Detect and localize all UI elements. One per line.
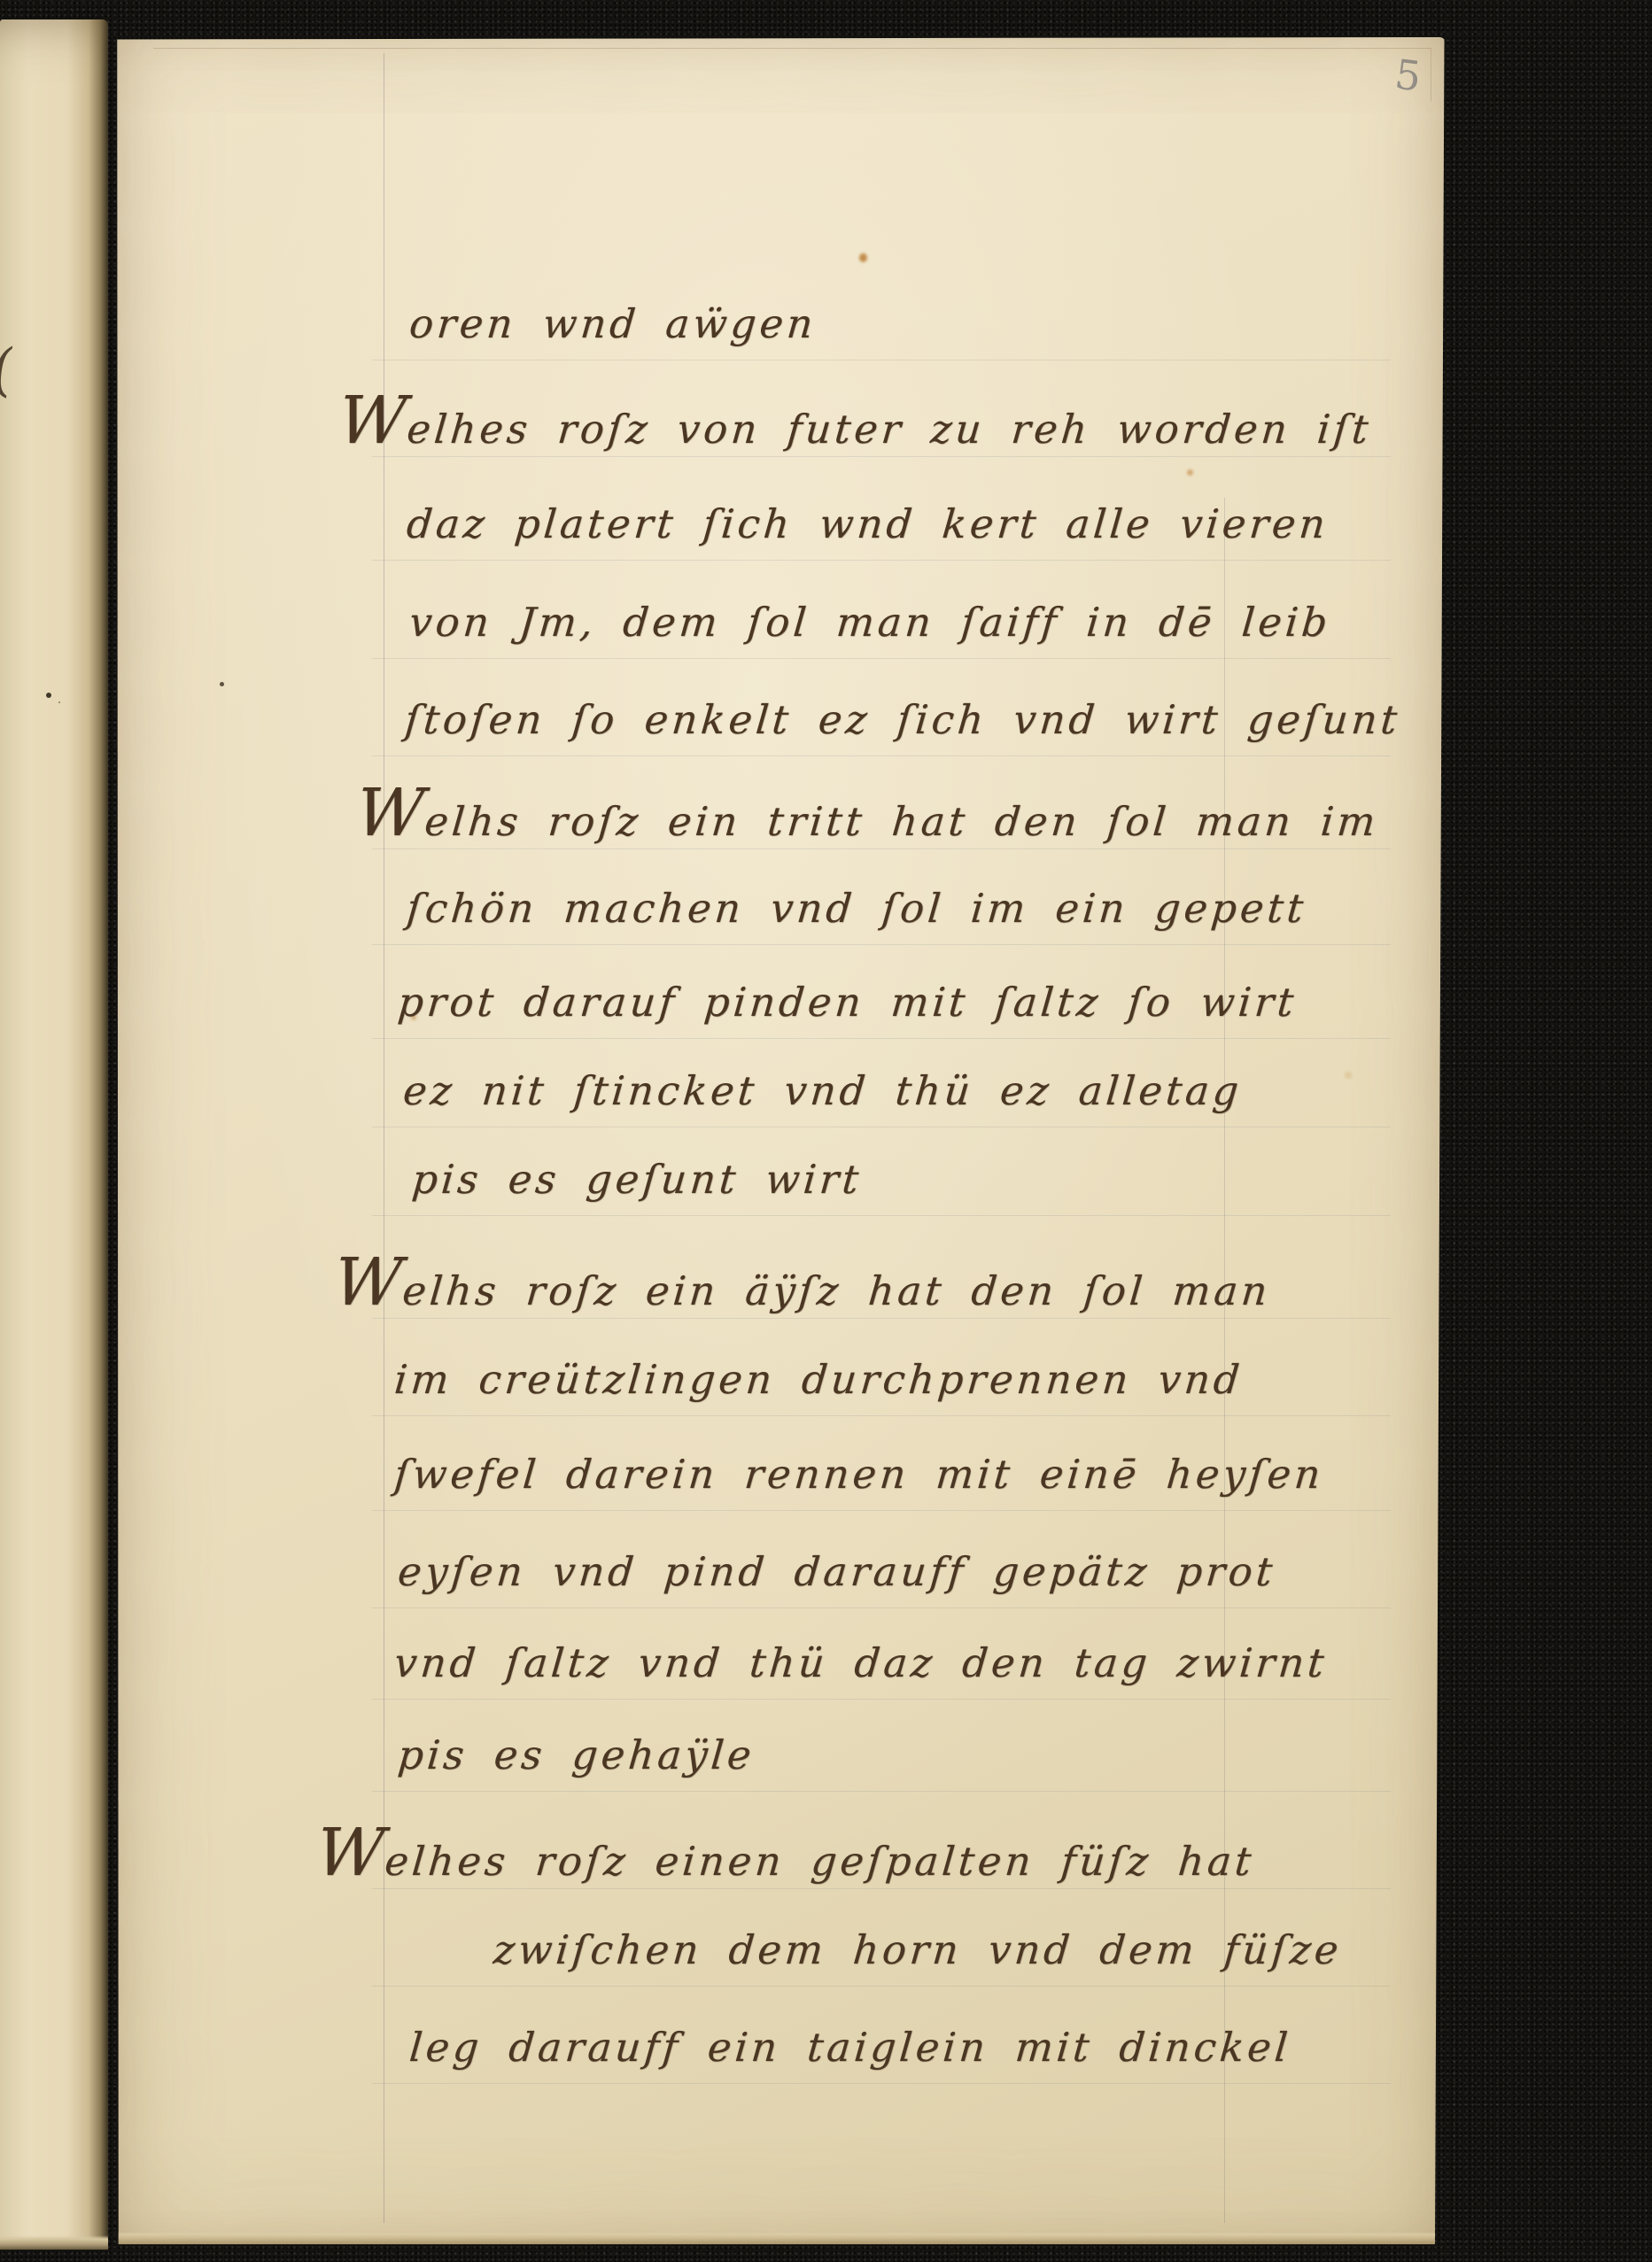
facing-page-bottom-edge [0,2235,108,2250]
manuscript-line: Welhes roſz einen geſpalten füſz hat [384,1812,1338,1897]
manuscript-line: zwiſchen dem horn vnd dem füſze [384,1910,1338,1995]
manuscript-line: eyſen vnd pind darauff gepätz prot [384,1531,1338,1616]
manuscript-line: ez nit ſtincket vnd thü ez alletag [384,1050,1338,1135]
manuscript-line: von Jm, dem ſol man ſaiff in dē leib [384,582,1338,667]
facing-page-edge: ( [0,19,108,2250]
page-top-edge-highlight [153,48,1431,102]
manuscript-page: 5 oren wnd aẅgen Welhes roſz von futer z… [115,37,1446,2244]
manuscript-photo: { "page_number": "5", "facing_page_mark"… [0,0,1652,2262]
manuscript-line: vnd ſaltz vnd thü daz den tag zwirnt [384,1623,1338,1708]
manuscript-line: ſwefel darein rennen mit einē heyſen [384,1434,1338,1519]
manuscript-line: Welhs roſz ein tritt hat den ſol man im [384,772,1338,857]
page-bottom-edge [115,2232,1446,2244]
ink-speck [46,693,51,698]
fox-spot [1187,469,1193,476]
manuscript-line: ſchön machen vnd ſol im ein gepett [384,868,1338,953]
manuscript-line: Welhes roſz von futer zu reh worden iſt [384,380,1338,465]
facing-page-ink-mark: ( [0,337,16,405]
manuscript-line: ſtoſen ſo enkelt ez ſich vnd wirt geſunt [384,679,1338,764]
fox-spot [859,253,867,262]
manuscript-line: daz platert ſich wnd kert alle vieren [384,484,1338,569]
manuscript-line: im creützlingen durchprennen vnd [384,1339,1338,1424]
ink-speck [220,682,224,686]
folio-number: 5 [1392,50,1424,100]
manuscript-line: pis es gehaÿle [384,1715,1338,1800]
manuscript-line: pis es geſunt wirt [384,1139,1338,1224]
manuscript-line: oren wnd aẅgen [384,283,1338,368]
manuscript-line: prot darauf pinden mit ſaltz ſo wirt [384,962,1338,1047]
fox-spot [1345,1072,1352,1079]
manuscript-line: leg darauff ein taiglein mit dinckel [384,2007,1338,2092]
left-margin-pencil-rule [384,53,384,2223]
manuscript-line: Welhs roſz ein äÿſz hat den ſol man [384,1242,1338,1327]
